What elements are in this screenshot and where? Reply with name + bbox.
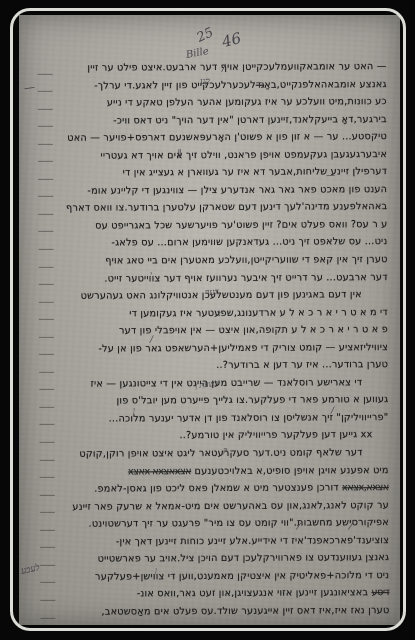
text-line: הענט פון מאכט פאר גאר גאר אנדערע צילן — … (40, 181, 387, 200)
struck-text: אצxא,xצאx (342, 482, 389, 493)
typed-text: דערפילן זיינע שליחות,אבער דא איז ער געוו… (123, 166, 388, 178)
typed-text: גאנצע אומבאהאלפנקייט,באַ (264, 79, 387, 91)
text-line: טיקסטע... ער — א זון פון א פשוט'ן האָרעפ… (40, 128, 387, 147)
typed-text: ניט די מלוכה+פאליטיק אין איצטיקן מאמענט,… (95, 570, 389, 583)
text-line: דער ארבעט... ער דרייט זיך איבער נערוועז … (41, 269, 388, 288)
text-line: איבערגעגעבן געקעמפט אויפן פראנט, ווילט ז… (40, 146, 387, 165)
margin-mark (39, 284, 54, 285)
typed-text: גאנצן געווענדעט צו פארווירקלעכן דעם הויכ… (98, 552, 390, 565)
typed-text: דער שלאף קומט ניט.דער סעקרעטאר ליגט איצט… (79, 447, 362, 459)
margin-mark (39, 354, 54, 355)
text-line: כע כוונות,מיט וועלכע ער איז געקומען אהער… (40, 93, 387, 112)
margin-mark (40, 582, 55, 583)
margin-mark (38, 161, 53, 162)
text-line: באהאלפענע מדינה'לעך דינען דעם שטארקן עלט… (40, 198, 387, 217)
text-line: גאנצע אומבאהאלפנקייט,באַגדלעכערלעכקייט פ… (40, 76, 387, 95)
typed-text: צוציענד'פארכאפנד'איז די אידייע.אלע זיינע… (116, 535, 389, 547)
margin-mark (39, 319, 54, 320)
margin-mark (39, 301, 54, 302)
text-line: ניט... עס שלאפט זיך ניט... געדאנקען שווי… (40, 234, 387, 253)
margin-mark (39, 372, 54, 373)
typed-text: הענט פון מאכט פאר גאר גאר אנדערע צילן — … (87, 184, 387, 197)
text-line: די צארישע רוסלאנד — שרייבט מען היינט אין… (41, 374, 388, 393)
text-line: אצxא,xצאx דורכן פענצטער מיט א שמאלן פאס … (42, 479, 389, 498)
typed-text: טערן נאז איז,איז דאס זיין אייגענער שולד.… (101, 605, 389, 618)
typed-text: ניט... עס שלאפט זיך ניט... געדאנקען שווי… (111, 237, 387, 249)
typed-text: כע כוונות,מיט וועלכע ער איז געקומען אהער… (107, 96, 387, 108)
text-line: ער קוקט לאנג,לאנג,און עס באהערשט אים מיט… (42, 497, 389, 516)
text-block: — האט ער אומבאקוועמלעכקייטן אויף דער ארב… (40, 58, 390, 621)
typed-text: די מ א ט ר י א ר כ א ל ע ארדענונג,שפעטער… (129, 307, 388, 319)
text-line: צוציענד'פארכאפנד'איז די אידייע.אלע זיינע… (42, 532, 389, 551)
margin-mark (39, 424, 54, 425)
margin-mark (40, 512, 55, 513)
text-line: ציוויליזאציע — קומט צוריק די פאמיליען+הע… (41, 339, 388, 358)
text-line: די מ א ט ר י א ר כ א ל ע ארדענונג,שפעטער… (41, 304, 388, 323)
margin-mark (40, 530, 55, 531)
text-line: גאנצן געווענדעט צו פארווירקלעכן דעם הויכ… (42, 549, 389, 568)
typed-text: איבערגעגעבן געקעמפט אויפן פראנט, ווילט ז… (100, 149, 387, 162)
typed-text: אפיקורסישע מחשבות."ווי קומט עס צו מיר" פ… (88, 517, 388, 530)
text-line: אין דעם באגינען פון דעם מענטשלעכן אנטווי… (41, 286, 388, 305)
margin-mark (40, 617, 55, 618)
struck-text: אצxאצxא xאצx (128, 466, 191, 477)
margin-mark (39, 407, 54, 408)
margin-mark (39, 266, 54, 267)
margin-mark (40, 547, 55, 548)
typed-text: מיט אפענע אויגן אויפן סופיט,א באלויכטענע… (191, 465, 389, 477)
typed-text: טערן זיך אין קאפ די שוועריקייטן,וועלכע מ… (105, 254, 387, 266)
text-line: געווען א טורמע פאר די פעלקער.צו גלייך פי… (41, 391, 388, 410)
text-line: טערן ברודער... איז ער דען א ברודער?.. (41, 356, 388, 375)
text-line: דער שלאף קומט ניט.דער סעקרעטאר ליגט איצט… (42, 444, 389, 463)
handwriting-mark: — (23, 80, 36, 94)
typed-text: באציאונגען זיינען אזוי אנגעצויגן,און זעט… (137, 588, 372, 600)
typed-text: פ א ט ר י א ר כ א ל ע תקופה,און איצט — א… (119, 324, 388, 336)
margin-mark (38, 231, 53, 232)
margin-mark (40, 459, 55, 460)
handwriting-mark: 25 (195, 25, 216, 46)
margin-mark (40, 477, 55, 478)
typed-text: טיקסטע... ער — א זון פון א פשוט'ן האָרעפ… (67, 131, 387, 144)
text-line: מיט אפענע אויגן אויפן סופיט,א באלויכטענע… (42, 462, 389, 481)
text-line: אפיקורסישע מחשבות."ווי קומט עס צו מיר" פ… (42, 514, 389, 533)
struck-text: דיסע (371, 587, 389, 598)
text-line: ע ר עס? וואס פעלט אים? זיין פשוט'ער פויע… (40, 216, 387, 235)
margin-mark (38, 214, 53, 215)
margin-mark (40, 600, 55, 601)
struck-text: גד (256, 79, 264, 90)
photo-frame: — האט ער אומבאקוועמלעכקייטן אויף דער ארב… (0, 0, 415, 640)
margin-mark (40, 495, 55, 496)
handwriting-mark: 46 (220, 29, 243, 51)
text-line: פ א ט ר י א ר כ א ל ע תקופה,און איצט — א… (41, 321, 388, 340)
typed-text: דורכן פענצטער מיט א שמאלן פאס ליכט פון ג… (94, 482, 342, 494)
margin-mark (39, 389, 54, 390)
margin-mark (40, 565, 55, 566)
text-line: בירגער,דאָ בייעקלאנד,זיינען דארטן "אין ד… (40, 111, 387, 130)
typed-text: ע ר עס? וואס פעלט אים? זיין פשוט'ער פויע… (95, 219, 387, 232)
text-line: דערפילן זיינע שליחות,אבער דא איז ער געוו… (40, 163, 387, 182)
typed-text: בירגער,דאָ בייעקלאנד,זיינען דארטן "אין ד… (113, 114, 387, 126)
typed-text: — האט ער אומבאקוועמלעכקייטן אויף דער ארב… (87, 61, 386, 74)
margin-mark (38, 126, 53, 127)
margin-mark (39, 337, 54, 338)
typed-text: ציוויליזאציע — קומט צוריק די פאמיליען+הע… (98, 342, 388, 355)
typed-text: געווען א טורמע פאר די פעלקער.צו גלייך פי… (116, 394, 388, 406)
text-line: ניט די מלוכה+פאליטיק אין איצטיקן מאמענט,… (42, 567, 389, 586)
typed-text: "פרייוויליקן" זיך אנשליסן צו רוסלאנד פון… (109, 412, 389, 424)
margin-mark (38, 196, 53, 197)
document-page: — האט ער אומבאקוועמלעכקייטן אויף דער ארב… (19, 15, 400, 625)
text-line: דיסע באציאונגען זיינען אזוי אנגעצויגן,או… (42, 584, 389, 603)
margin-mark (39, 249, 54, 250)
typed-text: באהאלפענע מדינה'לעך דינען דעם שטארקן עלט… (66, 201, 387, 214)
margin-mark (38, 73, 53, 74)
typed-text: דער ארבעט... ער דרייט זיך איבער נערוועז … (104, 272, 387, 284)
handwriting-mark: לעכע (20, 562, 41, 577)
margin-mark (38, 91, 53, 92)
typed-text: xx גייען דען פעלקער פרייוויליק אין טורמע… (179, 430, 372, 442)
text-line: טערן נאז איז,איז דאס זיין אייגענער שולד.… (42, 602, 389, 621)
typed-text: די צארישע רוסלאנד — שרייבט מען היינט אין… (90, 377, 362, 389)
margin-mark (38, 108, 53, 109)
margin-mark (40, 442, 55, 443)
typed-text: אין דעם באגינען פון דעם מענטשלעכן אנטווי… (81, 289, 362, 301)
text-line: "פרייוויליקן" זיך אנשליסן צו רוסלאנד פון… (41, 409, 388, 428)
margin-mark (38, 144, 53, 145)
margin-mark (38, 179, 53, 180)
text-line: — האט ער אומבאקוועמלעכקייטן אויף דער ארב… (40, 58, 387, 77)
typed-text: טערן ברודער... איז ער דען א ברודער?.. (216, 359, 388, 371)
typed-text: לעכערלעכקייט פון זיין לאגע.די ערלך- (94, 79, 256, 91)
text-line: טערן זיך אין קאפ די שוועריקייטן,וועלכע מ… (41, 251, 388, 270)
typed-text: ער קוקט לאנג,לאנג,און עס באהערשט אים מיט… (72, 500, 389, 513)
text-line: xx גייען דען פעלקער פרייוויליק אין טורמע… (41, 427, 388, 446)
